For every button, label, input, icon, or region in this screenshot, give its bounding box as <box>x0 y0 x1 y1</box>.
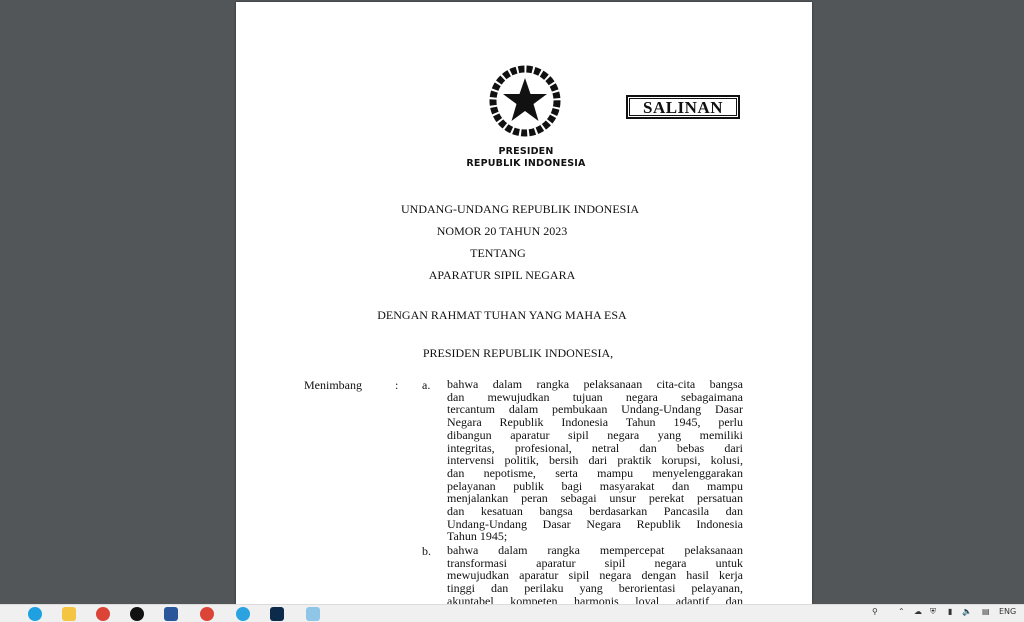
law-subject: APARATUR SIPIL NEGARA <box>236 268 790 283</box>
law-about: TENTANG <box>236 246 786 261</box>
people-icon[interactable]: ⚲ <box>872 607 878 616</box>
chrome-profile-icon[interactable] <box>200 607 214 621</box>
text-line: dan nepotisme, serta mampu menyelenggara… <box>447 467 743 480</box>
volume-icon[interactable]: 🔈 <box>962 607 972 616</box>
law-title: UNDANG-UNDANG REPUBLIK INDONESIA <box>236 202 808 217</box>
item-marker: b. <box>422 544 431 559</box>
notepad-icon[interactable] <box>306 607 320 621</box>
text-line: dibangun aparatur sipil negara yang memi… <box>447 429 743 442</box>
network-icon[interactable]: ▤ <box>982 607 990 616</box>
law-number: NOMOR 20 TAHUN 2023 <box>236 224 790 239</box>
emblem-caption: PRESIDEN REPUBLIK INDONESIA <box>436 146 616 170</box>
garuda-star-emblem-icon <box>488 64 562 138</box>
tiktok-icon[interactable] <box>130 607 144 621</box>
cloud-icon[interactable]: ☁ <box>914 607 922 616</box>
photoshop-icon[interactable] <box>270 607 284 621</box>
text-line: Tahun 1945; <box>447 530 743 543</box>
battery-icon[interactable]: ▮ <box>948 607 952 616</box>
telegram-icon[interactable] <box>236 607 250 621</box>
text-line: bahwa dalam rangka mempercepat pelaksana… <box>447 544 743 557</box>
preamble-blessing: DENGAN RAHMAT TUHAN YANG MAHA ESA <box>236 308 790 323</box>
section-label: Menimbang <box>304 378 362 393</box>
pdf-viewer: PRESIDEN REPUBLIK INDONESIA SALINAN UNDA… <box>0 0 1024 604</box>
caption-line: PRESIDEN <box>436 146 616 158</box>
section-colon: : <box>395 378 398 393</box>
item-marker: a. <box>422 378 430 393</box>
item-text: bahwa dalam rangka mempercepat pelaksana… <box>447 544 743 604</box>
document-page: PRESIDEN REPUBLIK INDONESIA SALINAN UNDA… <box>236 2 812 604</box>
text-line: akuntabel, kompeten, harmonis, loyal, ad… <box>447 595 743 604</box>
taskbar: ⚲ ⌃ ☁ ⛨ ▮ 🔈 ▤ ENG <box>0 604 1024 622</box>
text-line: Negara Republik Indonesia Tahun 1945, pe… <box>447 416 743 429</box>
file-explorer-icon[interactable] <box>62 607 76 621</box>
preamble-president: PRESIDEN REPUBLIK INDONESIA, <box>236 346 806 361</box>
chevron-up-icon[interactable]: ⌃ <box>898 607 905 616</box>
edge-icon[interactable] <box>28 607 42 621</box>
item-text: bahwa dalam rangka pelaksanaan cita-cita… <box>447 378 743 543</box>
salinan-badge: SALINAN <box>626 95 740 119</box>
security-shield-icon[interactable]: ⛨ <box>930 607 936 617</box>
word-icon[interactable] <box>164 607 178 621</box>
language-indicator[interactable]: ENG <box>999 607 1016 616</box>
caption-line: REPUBLIK INDONESIA <box>436 158 616 170</box>
text-line: bahwa dalam rangka pelaksanaan cita-cita… <box>447 378 743 391</box>
chrome-icon[interactable] <box>96 607 110 621</box>
text-line: tinggi dan perilaku yang berorientasi pe… <box>447 582 743 595</box>
text-line: dan kesatuan bangsa berdasarkan Pancasil… <box>447 505 743 518</box>
